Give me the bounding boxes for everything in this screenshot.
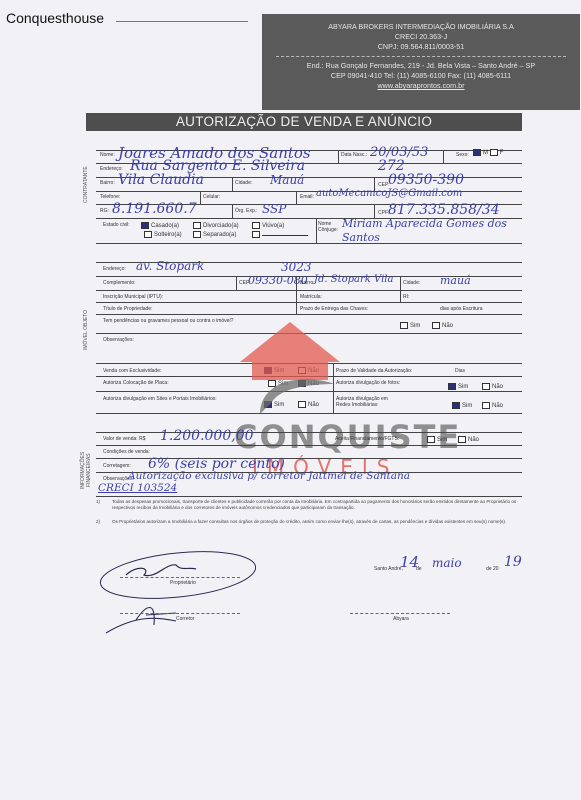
label-bairro: Bairro:: [100, 180, 115, 186]
field-fin-observacoes[interactable]: Autorização exclusiva p/ corretor Jattme…: [128, 470, 410, 482]
label-prazo-validade-suffix: Dias: [455, 368, 465, 374]
label-sites: Autoriza divulgação em Sites e Portais I…: [103, 396, 217, 402]
company-address: End.: Rua Gonçalo Fernandes, 219 - Jd. B…: [262, 61, 580, 71]
label-org-exp: Órg. Exp.:: [235, 208, 258, 214]
field-cep[interactable]: 09350-390: [388, 172, 464, 188]
sexo-options[interactable]: M F: [473, 149, 503, 156]
field-cpf[interactable]: 817.335.858/34: [388, 202, 500, 218]
field-imovel-numero[interactable]: 3023: [281, 260, 312, 274]
field-year[interactable]: 19: [504, 554, 522, 570]
option-casado[interactable]: Casado(a): [141, 222, 179, 229]
section-label-contratante: CONTRATANTE: [83, 150, 89, 220]
label-complemento: Complemento:: [103, 280, 136, 286]
label-celular: Celular:: [203, 194, 220, 200]
company-creci: CRECI 20.363-J: [262, 32, 580, 42]
label-sexo: Sexo:: [456, 152, 469, 158]
field-cidade[interactable]: Mauá: [270, 173, 304, 187]
label-imovel-endereco: Endereço:: [103, 266, 126, 272]
label-placa: Autoriza Colocação de Placa:: [103, 380, 169, 386]
label-iptu: Inscrição Municipal (IPTU):: [103, 294, 163, 300]
label-nome: Nome:: [100, 152, 115, 158]
clause-1-text: Todas as despesas promocionais, transpor…: [112, 499, 522, 511]
label-de: de: [416, 566, 422, 572]
label-abyara: Abyara: [393, 616, 409, 622]
option-pendencias-nao[interactable]: Não: [432, 322, 453, 329]
label-prazo-chaves-suffix: dias após Escritura: [440, 306, 483, 312]
field-conjuge[interactable]: Miriam Aparecida Gomes dos Santos: [342, 217, 512, 245]
clause-2-text: Os Proprietários autorizam a Imobiliária…: [112, 519, 522, 525]
label-condicoes: Condições de venda:: [103, 449, 150, 455]
field-imovel-endereco[interactable]: av. Stopark: [136, 259, 204, 273]
label-corretagem: Corretagem:: [103, 463, 131, 469]
company-name: ABYARA BROKERS INTERMEDIAÇÃO IMOBILIÁRIA…: [262, 22, 580, 32]
label-conjuge: Nome Cônjuge:: [318, 221, 336, 233]
label-email: Email:: [300, 194, 314, 200]
option-pendencias-sim[interactable]: Sim: [400, 322, 420, 329]
divider: [116, 21, 248, 22]
clause-2-number: 2): [96, 519, 100, 525]
label-aceita: Aceita Financiamento/FGTS:: [335, 436, 399, 442]
option-separado[interactable]: Separado(a): [193, 231, 236, 238]
label-matricula: Matrícula:: [300, 294, 322, 300]
label-proprietario: Proprietário: [170, 580, 196, 586]
label-cidade: Cidade:: [235, 180, 252, 186]
option-divorciado[interactable]: Divorciado(a): [193, 222, 239, 229]
field-email[interactable]: autoMecanicoJS@Gmail.com: [316, 188, 462, 199]
label-titulo: Título de Propriedade:: [103, 306, 152, 312]
label-valor: Valor de venda: R$: [103, 436, 145, 442]
section-label-imovel: IMÓVEL OBJETO: [83, 300, 89, 360]
label-rg: RG:: [100, 208, 109, 214]
field-fin-observacoes-2[interactable]: CRECI 103524: [98, 482, 177, 494]
option-redes-nao[interactable]: Não: [482, 402, 503, 409]
label-imovel-cidade: Cidade:: [403, 280, 420, 286]
option-other[interactable]: [252, 231, 308, 238]
label-corretor: Corretor: [176, 616, 194, 622]
option-aceita-sim[interactable]: Sim: [427, 436, 447, 443]
divider: [276, 56, 566, 57]
company-cnpj: CNPJ: 09.564.811/0003-51: [262, 42, 580, 52]
label-year-prefix: de 20: [486, 566, 499, 572]
option-fotos-nao[interactable]: Não: [482, 383, 503, 390]
field-month[interactable]: maio: [432, 556, 462, 570]
option-fotos-sim[interactable]: Sim: [448, 383, 468, 390]
watermark-logo-icon: [240, 322, 360, 422]
checkbox-sexo-m[interactable]: [473, 149, 481, 156]
label-telefone: Telefone:: [100, 194, 120, 200]
label-exclusividade: Venda com Exclusividade:: [103, 368, 161, 374]
label-ri: RI:: [403, 294, 409, 300]
field-rg[interactable]: 8.191.660.7: [112, 201, 197, 217]
checkbox-sexo-f[interactable]: [490, 149, 498, 156]
label-place: Santo André,: [374, 566, 403, 572]
label-data-nasc: Data Nasc.:: [341, 152, 367, 158]
section-label-financeiras: INFORMAÇÕES FINANCEIRAS: [80, 440, 92, 500]
site-label: Conquesthouse: [6, 10, 104, 26]
company-website[interactable]: www.abyaraprontos.com.br: [262, 81, 580, 91]
form-title: AUTORIZAÇÃO DE VENDA E ANÚNCIO: [86, 113, 522, 131]
option-solteiro[interactable]: Solteiro(a): [144, 231, 182, 238]
label-imovel-observacoes: Observações:: [103, 337, 134, 343]
option-aceita-nao[interactable]: Não: [458, 436, 479, 443]
option-viuvo[interactable]: Viúvo(a): [252, 222, 284, 229]
clause-1-number: 1): [96, 499, 100, 505]
option-redes-sim[interactable]: Sim: [452, 402, 472, 409]
label-imovel-bairro: Bairro:: [300, 280, 315, 286]
label-pendencias: Tem pendências ou gravames pessoal ou co…: [103, 318, 233, 324]
field-imovel-cidade[interactable]: mauá: [440, 274, 471, 287]
field-bairro[interactable]: Vila Claudia: [118, 172, 204, 188]
label-estado-civil: Estado civil:: [103, 222, 130, 228]
field-imovel-cep[interactable]: 09330-080: [248, 274, 308, 287]
company-contact: CEP 09041-410 Tel: (11) 4085-6100 Fax: (…: [262, 71, 580, 81]
field-imovel-bairro[interactable]: Jd. Stopark Vila: [314, 274, 393, 285]
company-header: ABYARA BROKERS INTERMEDIAÇÃO IMOBILIÁRIA…: [262, 14, 580, 110]
label-prazo-chaves: Prazo de Entrega das Chaves:: [300, 306, 368, 312]
field-org-exp[interactable]: SSP: [262, 202, 286, 216]
field-valor[interactable]: 1.200.000,00: [160, 428, 254, 444]
